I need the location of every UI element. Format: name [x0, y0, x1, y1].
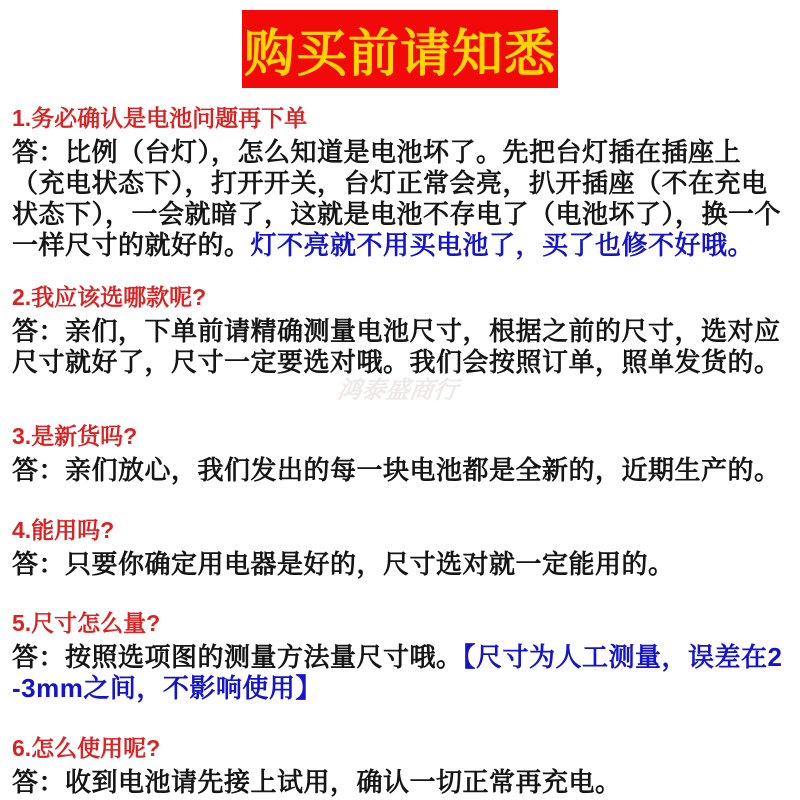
faq-question: 5.尺寸怎么量? [12, 609, 788, 637]
faq-question: 6.怎么使用呢? [12, 734, 788, 762]
notice-page: 购买前请知悉 鸿泰盛商行 1.务必确认是电池问题再下单 答：比例（台灯），怎么知… [0, 0, 800, 800]
faq-question: 1.务必确认是电池问题再下单 [12, 104, 788, 132]
answer-text: 答：亲们，下单前请精确测量电池尺寸，根据之前的尺寸，选对应尺寸就好了，尺寸一定要… [12, 316, 781, 377]
answer-text: 答：亲们放心，我们发出的每一块电池都是全新的，近期生产的。 [12, 455, 781, 485]
faq-section: 1.务必确认是电池问题再下单 答：比例（台灯），怎么知道是电池坏了。先把台灯插在… [12, 104, 788, 261]
answer-text: 答：按照选项图的测量方法量尺寸哦。 [12, 642, 463, 672]
answer-text: 答：收到电池请先接上试用，确认一切正常再充电。 [12, 767, 622, 797]
answer-highlight-text: 灯不亮就不用买电池了，买了也修不好哦。 [251, 230, 755, 260]
faq-question: 2.我应该选哪款呢? [12, 283, 788, 311]
notice-banner: 购买前请知悉 [242, 10, 558, 88]
faq-question: 4.能用吗? [12, 516, 788, 544]
faq-answer: 答：收到电池请先接上试用，确认一切正常再充电。 [12, 767, 788, 798]
faq-answer: 答：按照选项图的测量方法量尺寸哦。【尺寸为人工测量，误差在2-3mm之间，不影响… [12, 642, 788, 704]
faq-question: 3.是新货吗? [12, 422, 788, 450]
faq-section: 6.怎么使用呢? 答：收到电池请先接上试用，确认一切正常再充电。 [12, 734, 788, 798]
faq-answer: 答：比例（台灯），怎么知道是电池坏了。先把台灯插在插座上（充电状态下），打开开关… [12, 137, 788, 261]
faq-answer: 答：亲们放心，我们发出的每一块电池都是全新的，近期生产的。 [12, 455, 788, 486]
faq-list: 1.务必确认是电池问题再下单 答：比例（台灯），怎么知道是电池坏了。先把台灯插在… [0, 104, 800, 798]
faq-section: 2.我应该选哪款呢? 答：亲们，下单前请精确测量电池尺寸，根据之前的尺寸，选对应… [12, 283, 788, 378]
faq-answer: 答：亲们，下单前请精确测量电池尺寸，根据之前的尺寸，选对应尺寸就好了，尺寸一定要… [12, 316, 788, 378]
answer-text: 答：只要你确定用电器是好的，尺寸选对就一定能用的。 [12, 549, 675, 579]
faq-section: 3.是新货吗? 答：亲们放心，我们发出的每一块电池都是全新的，近期生产的。 [12, 422, 788, 486]
faq-section: 5.尺寸怎么量? 答：按照选项图的测量方法量尺寸哦。【尺寸为人工测量，误差在2-… [12, 609, 788, 704]
faq-answer: 答：只要你确定用电器是好的，尺寸选对就一定能用的。 [12, 549, 788, 580]
faq-section: 4.能用吗? 答：只要你确定用电器是好的，尺寸选对就一定能用的。 [12, 516, 788, 580]
